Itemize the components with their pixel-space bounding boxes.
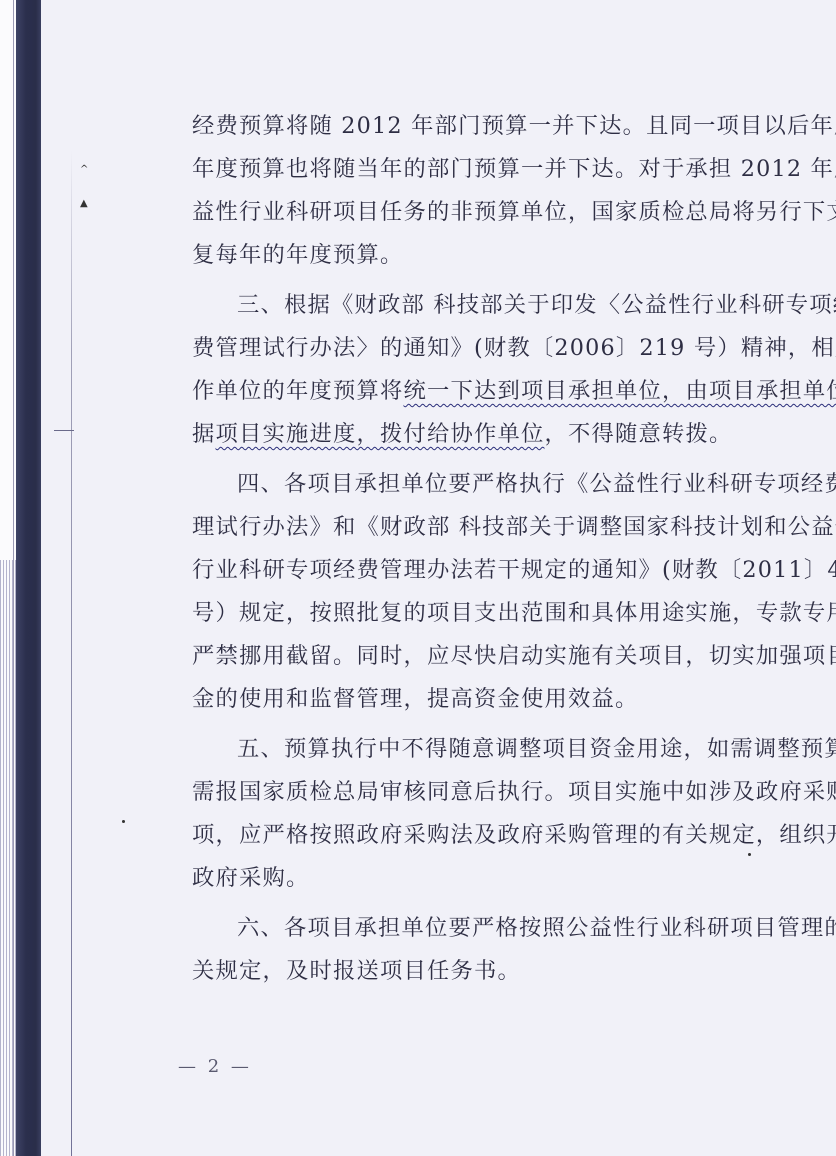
text-line: 严禁挪用截留。同时，应尽快启动实施有关项目，切实加强项目资 — [192, 635, 792, 678]
paragraph-item-5: 五、预算执行中不得随意调整项目资金用途，如需调整预算， 需报国家质检总局审核同意… — [192, 728, 792, 900]
document-body: 经费预算将随 2012 年部门预算一并下达。且同一项目以后年度 年度预算也将随当… — [192, 105, 792, 993]
fold-mark — [54, 430, 74, 431]
paragraph-continuation: 经费预算将随 2012 年部门预算一并下达。且同一项目以后年度 年度预算也将随当… — [192, 105, 792, 277]
handwritten-underline: 统一下达到项目承担单位，由项目承担单位根 — [403, 378, 836, 404]
paragraph-item-3: 三、根据《财政部 科技部关于印发〈公益性行业科研专项经 费管理试行办法〉的通知》… — [192, 284, 792, 456]
staple-mark: ▲ — [80, 200, 86, 208]
page-number: — 2 — — [178, 1056, 252, 1077]
text-line: 经费预算将随 2012 年部门预算一并下达。且同一项目以后年度 — [192, 105, 792, 148]
text-line: 三、根据《财政部 科技部关于印发〈公益性行业科研专项经 — [192, 284, 792, 327]
text-line: 作单位的年度预算将统一下达到项目承担单位，由项目承担单位根 — [192, 370, 792, 413]
paragraph-item-6: 六、各项目承担单位要严格按照公益性行业科研项目管理的有 关规定，及时报送项目任务… — [192, 907, 792, 993]
text-line: 年度预算也将随当年的部门预算一并下达。对于承担 2012 年度公 — [192, 148, 792, 191]
margin-rule — [71, 150, 72, 1156]
text-line: 需报国家质检总局审核同意后执行。项目实施中如涉及政府采购事 — [192, 771, 792, 814]
text-line: 四、各项目承担单位要严格执行《公益性行业科研专项经费管 — [192, 463, 792, 506]
text-line: 项，应严格按照政府采购法及政府采购管理的有关规定，组织开展 — [192, 814, 792, 857]
text-line: 益性行业科研项目任务的非预算单位，国家质检总局将另行下文批 — [192, 191, 792, 234]
text-line: 六、各项目承担单位要严格按照公益性行业科研项目管理的有 — [192, 907, 792, 950]
text-line: 理试行办法》和《财政部 科技部关于调整国家科技计划和公益性 — [192, 506, 792, 549]
text-line: 政府采购。 — [192, 857, 792, 900]
text-span: ，不得随意转拨。 — [544, 421, 732, 447]
text-line: 费管理试行办法〉的通知》(财教〔2006〕219 号）精神，相关协 — [192, 327, 792, 370]
staple-mark: ^ — [80, 166, 86, 174]
text-line: 复每年的年度预算。 — [192, 234, 792, 277]
scan-speck — [122, 820, 125, 823]
text-line: 五、预算执行中不得随意调整项目资金用途，如需调整预算， — [192, 728, 792, 771]
handwritten-underline: 项目实施进度，拨付给协作单位 — [216, 421, 545, 447]
text-span: 据 — [192, 421, 216, 447]
scan-edge-line — [13, 0, 14, 1156]
text-line: 行业科研专项经费管理办法若干规定的通知》(财教〔2011〕434 — [192, 549, 792, 592]
paragraph-item-4: 四、各项目承担单位要严格执行《公益性行业科研专项经费管 理试行办法》和《财政部 … — [192, 463, 792, 721]
text-span: 作单位的年度预算将 — [192, 378, 403, 404]
text-line: 据项目实施进度，拨付给协作单位，不得随意转拨。 — [192, 413, 792, 456]
binding-shadow — [16, 0, 41, 1156]
text-line: 金的使用和监督管理，提高资金使用效益。 — [192, 678, 792, 721]
text-line: 号）规定，按照批复的项目支出范围和具体用途实施，专款专用， — [192, 592, 792, 635]
text-line: 关规定，及时报送项目任务书。 — [192, 950, 792, 993]
